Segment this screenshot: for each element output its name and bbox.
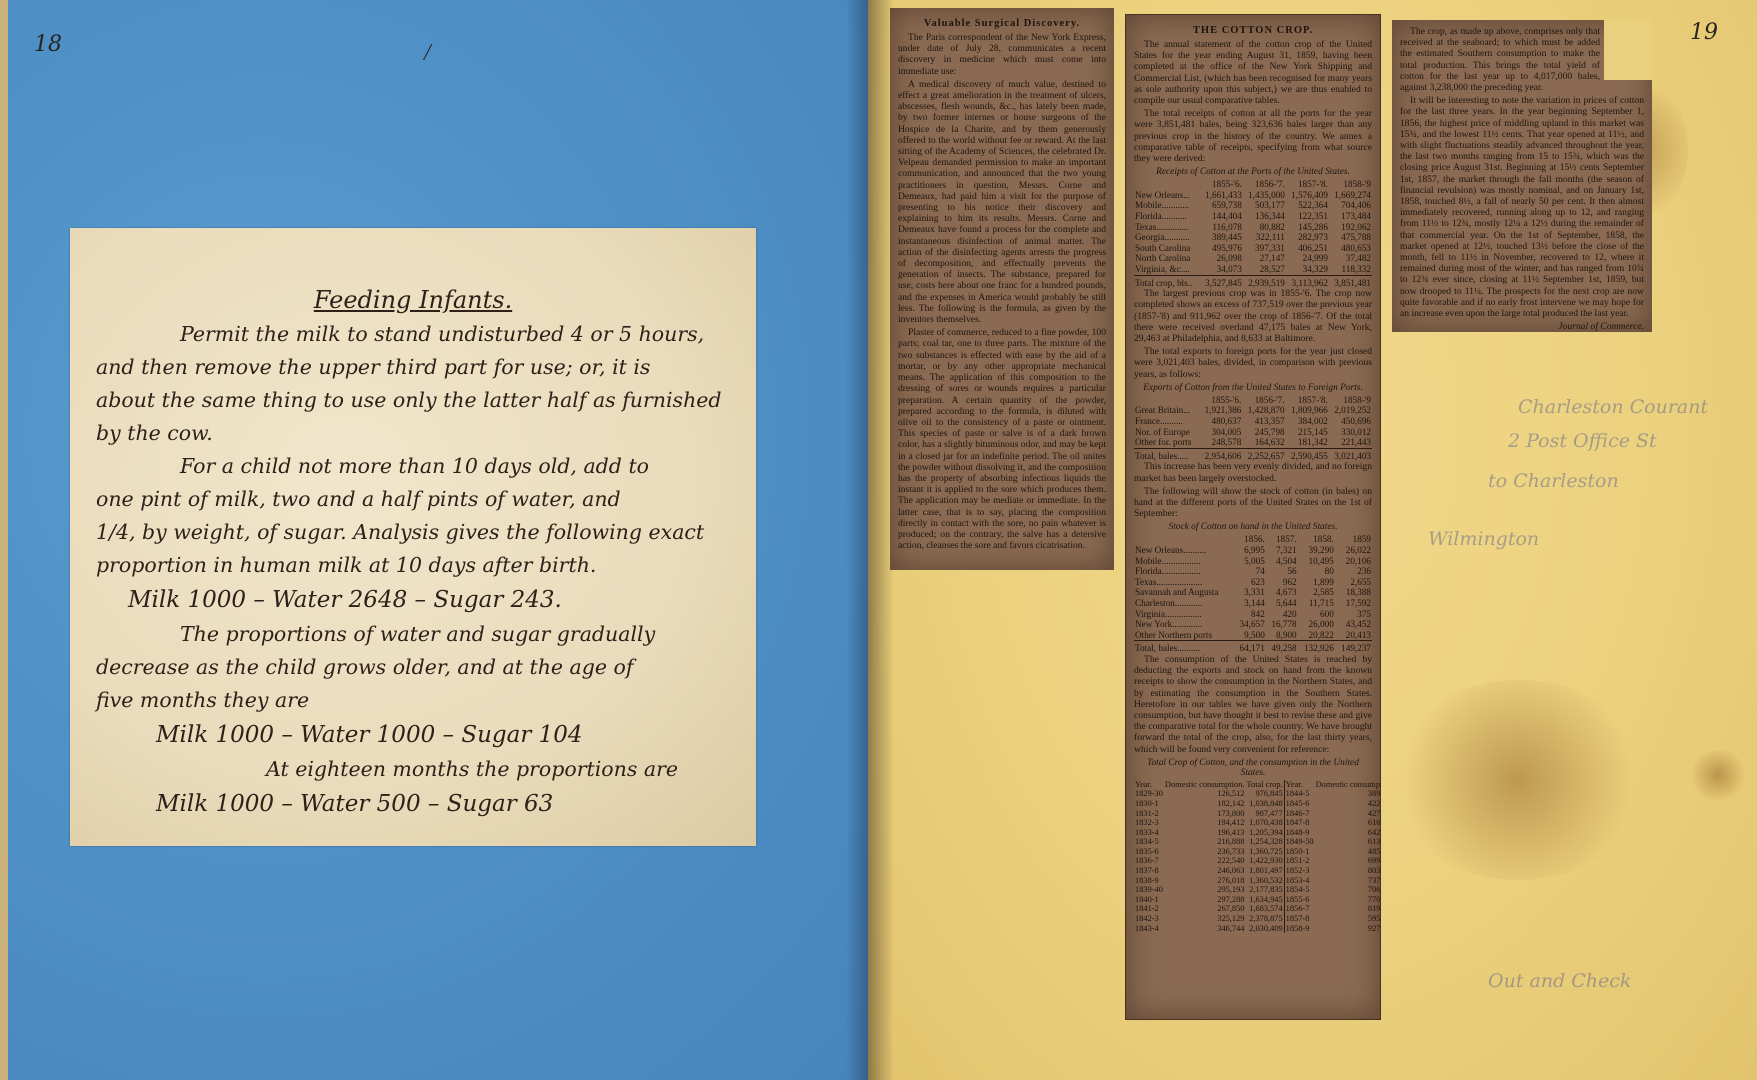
cell: 595,562 <box>1315 914 1381 924</box>
cell: 2,030,409 <box>1245 924 1284 934</box>
pencil-note: to Charleston <box>1488 470 1619 492</box>
cell: New Orleans... <box>1134 190 1200 201</box>
cell: 1847-8 <box>1284 818 1314 828</box>
note-line: one pint of milk, two and a half pints o… <box>96 483 730 516</box>
table-row: 1838-9276,0181,360,5321853-4737,2362,930… <box>1134 876 1381 886</box>
cell: 1,254,328 <box>1245 837 1284 847</box>
clipping-cotton-crop: THE COTTON CROP. The annual statement of… <box>1125 14 1381 1020</box>
cell: 1846-7 <box>1284 809 1314 819</box>
cell: 475,788 <box>1329 232 1372 243</box>
table-row: New Orleans...1,661,4331,435,0001,576,40… <box>1134 190 1372 201</box>
note-line: and then remove the upper third part for… <box>96 351 730 384</box>
cell: 495,976 <box>1200 243 1243 254</box>
cell: 2,939,519 <box>1243 275 1286 288</box>
cell: 976,845 <box>1245 789 1284 799</box>
cell: 1836-7 <box>1134 856 1164 866</box>
cell: 2,019,252 <box>1329 405 1372 416</box>
cell: 34,657 <box>1234 619 1266 630</box>
table-header <box>1134 534 1234 545</box>
clipping-surgical-discovery: Valuable Surgical Discovery. The Paris c… <box>890 8 1114 570</box>
cell: 145,286 <box>1286 222 1329 233</box>
table-row: Savannah and Augusta3,3314,6732,58518,38… <box>1134 587 1372 598</box>
table-total-row: Total, bales.....2,954,6062,252,6572,590… <box>1134 448 1372 461</box>
table-row: Georgia...........389,445322,111282,9734… <box>1134 232 1372 243</box>
cell: 450,696 <box>1329 416 1372 427</box>
table-header: 1855-'6. <box>1200 179 1243 190</box>
cell: 5,644 <box>1266 598 1298 609</box>
cell: 8,900 <box>1266 630 1298 641</box>
cell: 74 <box>1234 566 1266 577</box>
table-row: Charleston............3,1445,64411,71517… <box>1134 598 1372 609</box>
cell: 2,585 <box>1298 587 1335 598</box>
clipping-paragraph: A medical discovery of much value, desti… <box>898 79 1106 325</box>
cell: 1830-1 <box>1134 799 1164 809</box>
cell: 480,637 <box>1199 416 1242 427</box>
table-row: Florida...........144,404136,344122,3511… <box>1134 211 1372 222</box>
cell: Other for. ports <box>1134 437 1199 448</box>
page-number-right: 19 <box>1690 20 1718 45</box>
cell: France.......... <box>1134 416 1199 427</box>
table-header: 1856-'7. <box>1242 395 1285 406</box>
table-row: 1831-2173,800987,4771846-7427,9671,778,6… <box>1134 809 1381 819</box>
cell: 132,926 <box>1298 641 1335 654</box>
cell: 1,422,930 <box>1245 856 1284 866</box>
note-line: proportion in human milk at 10 days afte… <box>96 549 730 582</box>
clipping-paragraph: The annual statement of the cotton crop … <box>1134 39 1372 106</box>
table-row: 1842-3325,1292,378,8751857-8595,5623,113… <box>1134 914 1381 924</box>
cell: 37,482 <box>1329 253 1372 264</box>
cell: 4,504 <box>1266 556 1298 567</box>
cell: 49,258 <box>1266 641 1298 654</box>
cell: 1858-9 <box>1284 924 1314 934</box>
table-row: Mobile............659,738503,177522,3647… <box>1134 200 1372 211</box>
cell: 1851-2 <box>1284 856 1314 866</box>
cell: 522,364 <box>1286 200 1329 211</box>
cell: 80,882 <box>1243 222 1286 233</box>
cell: 5,005 <box>1234 556 1266 567</box>
note-line: decrease as the child grows older, and a… <box>96 651 730 684</box>
cell: 1850-1 <box>1284 847 1314 857</box>
cell: 1854-5 <box>1284 885 1314 895</box>
table-header: 1858-'9 <box>1329 179 1372 190</box>
cell: 699,603 <box>1315 856 1381 866</box>
table-caption: Exports of Cotton from the United States… <box>1134 383 1372 393</box>
cell: 56 <box>1266 566 1298 577</box>
note-line: At eighteen months the proportions are <box>96 753 730 786</box>
cell: 616,044 <box>1315 818 1381 828</box>
pencil-note: Wilmington <box>1428 528 1539 550</box>
cell: North Carolina <box>1134 253 1200 264</box>
cell: 397,331 <box>1243 243 1286 254</box>
cell: 1,899 <box>1298 577 1335 588</box>
cell: 295,193 <box>1164 885 1246 895</box>
cell: 173,484 <box>1329 211 1372 222</box>
cell: 245,798 <box>1242 427 1285 438</box>
table-row: Nor. of Europe304,005245,798215,145330,0… <box>1134 427 1372 438</box>
table-header: Domestic consumption. <box>1164 780 1246 790</box>
table-caption: Total Crop of Cotton, and the consumptio… <box>1134 758 1372 778</box>
cell: Great Britain... <box>1134 405 1199 416</box>
cell: 1855-6 <box>1284 895 1314 905</box>
note-line: Permit the milk to stand undisturbed 4 o… <box>96 318 730 351</box>
cell: 1,070,438 <box>1245 818 1284 828</box>
clipping-paragraph: The total exports to foreign ports for t… <box>1134 346 1372 380</box>
note-line: by the cow. <box>96 417 730 450</box>
cell: 1834-5 <box>1134 837 1164 847</box>
cell: 194,412 <box>1164 818 1246 828</box>
cell: 770,739 <box>1315 895 1381 905</box>
cell: 1,801,497 <box>1245 866 1284 876</box>
cell: 1840-1 <box>1134 895 1164 905</box>
cell: 384,002 <box>1286 416 1329 427</box>
note-title: Feeding Infants. <box>96 286 730 314</box>
cell: 2,954,606 <box>1199 448 1242 461</box>
table-header-row: 1856. 1857. 1858. 1859 <box>1134 534 1372 545</box>
cell: 1848-9 <box>1284 828 1314 838</box>
cell: 282,973 <box>1286 232 1329 243</box>
table-header: 1856. <box>1234 534 1266 545</box>
cell: 1842-3 <box>1134 914 1164 924</box>
cell: 842 <box>1234 609 1266 620</box>
cell: 1845-6 <box>1284 799 1314 809</box>
cell: Texas.................... <box>1134 577 1234 588</box>
cell: Virginia................ <box>1134 609 1234 620</box>
cell: 248,578 <box>1199 437 1242 448</box>
cell: 480,653 <box>1329 243 1372 254</box>
table-row: South Carolina495,976397,331406,251480,6… <box>1134 243 1372 254</box>
table-header: 1858-'9 <box>1329 395 1372 406</box>
table-row: New Orleans..........6,9957,32139,29026,… <box>1134 545 1372 556</box>
cell: New York............. <box>1134 619 1234 630</box>
cell: 3,331 <box>1234 587 1266 598</box>
table-row: 1841-2267,8501,683,5741856-7819,9362,939… <box>1134 904 1381 914</box>
page-number-left: 18 <box>34 32 62 57</box>
cell: 375 <box>1335 609 1372 620</box>
cell: New Orleans.......... <box>1134 545 1234 556</box>
history-table: Year. Domestic consumption. Total crop. … <box>1134 780 1381 934</box>
clipping-paragraph: It will be interesting to note the varia… <box>1400 95 1644 319</box>
cell: 276,018 <box>1164 876 1246 886</box>
pencil-mark: / <box>424 40 431 67</box>
table-row: 1837-8246,0631,801,4971852-3803,7253,262… <box>1134 866 1381 876</box>
cell: 600 <box>1298 609 1335 620</box>
cell: 1,428,870 <box>1242 405 1285 416</box>
table-header-row: 1855-'6. 1856-'7. 1857-'8. 1858-'9 <box>1134 395 1372 406</box>
cell: 1833-4 <box>1134 828 1164 838</box>
table-header: 1859 <box>1335 534 1372 545</box>
cell: 28,527 <box>1243 264 1286 275</box>
table-header: 1857. <box>1266 534 1298 545</box>
cell: 427,967 <box>1315 809 1381 819</box>
note-line: 1/4, by weight, of sugar. Analysis gives… <box>96 516 730 549</box>
water-stain <box>1688 750 1748 800</box>
cell: 182,142 <box>1164 799 1246 809</box>
table-row: 1832-3194,4121,070,4381847-8616,0442,347… <box>1134 818 1381 828</box>
cell: 420 <box>1266 609 1298 620</box>
cell: 144,404 <box>1200 211 1243 222</box>
table-row: Texas....................6239621,8992,65… <box>1134 577 1372 588</box>
clipping-signature: Journal of Commerce. <box>1400 321 1644 332</box>
note-line: five months they are <box>96 684 730 717</box>
cell: 485,614 <box>1315 847 1381 857</box>
cell: 236,733 <box>1164 847 1246 857</box>
cell: 64,171 <box>1234 641 1266 654</box>
cell: 623 <box>1234 577 1266 588</box>
cell: 322,111 <box>1243 232 1286 243</box>
cell: 11,715 <box>1298 598 1335 609</box>
cell: 406,251 <box>1286 243 1329 254</box>
note-line: For a child not more than 10 days old, a… <box>96 450 730 483</box>
table-row: Great Britain...1,921,3861,428,8701,809,… <box>1134 405 1372 416</box>
cell: 43,452 <box>1335 619 1372 630</box>
cell: Other Northern ports <box>1134 630 1234 641</box>
cell: 10,495 <box>1298 556 1335 567</box>
cell: 196,413 <box>1164 828 1246 838</box>
left-page: 18 / Feeding Infants. Permit the milk to… <box>0 0 868 1080</box>
cell: 1838-9 <box>1134 876 1164 886</box>
cell: 1857-8 <box>1284 914 1314 924</box>
clipping-paragraph: The following will show the stock of cot… <box>1134 486 1372 520</box>
cell: 7,321 <box>1266 545 1298 556</box>
cell: 34,073 <box>1200 264 1243 275</box>
table-row: France..........480,637413,357384,002450… <box>1134 416 1372 427</box>
cell: 3,021,403 <box>1329 448 1372 461</box>
clipping-paragraph: The consumption of the United States is … <box>1134 654 1372 755</box>
cell: 1832-3 <box>1134 818 1164 828</box>
table-header <box>1134 179 1200 190</box>
cell: 1,921,386 <box>1199 405 1242 416</box>
cell: 3,144 <box>1234 598 1266 609</box>
table-row: 1835-6236,7331,360,7251850-1485,6142,355… <box>1134 847 1381 857</box>
cell: 192,062 <box>1329 222 1372 233</box>
cell: 149,237 <box>1335 641 1372 654</box>
cell: 297,288 <box>1164 895 1246 905</box>
table-header: 1857-'8. <box>1286 395 1329 406</box>
cell: 173,800 <box>1164 809 1246 819</box>
table-header: Total crop. <box>1245 780 1284 790</box>
cell: 26,022 <box>1335 545 1372 556</box>
cell: 34,329 <box>1286 264 1329 275</box>
cell: 1,360,532 <box>1245 876 1284 886</box>
cell: 126,512 <box>1164 789 1246 799</box>
cell: 1849-50 <box>1284 837 1314 847</box>
cell: 118,332 <box>1329 264 1372 275</box>
cell: 20,822 <box>1298 630 1335 641</box>
cell: 1844-5 <box>1284 789 1314 799</box>
cell: 737,236 <box>1315 876 1381 886</box>
clipping-title: THE COTTON CROP. <box>1134 25 1372 36</box>
cell: 1,683,574 <box>1245 904 1284 914</box>
cell: 2,252,657 <box>1242 448 1285 461</box>
cell: 389,006 <box>1315 789 1381 799</box>
cell: 1856-7 <box>1284 904 1314 914</box>
cell: Georgia........... <box>1134 232 1200 243</box>
table-header-row: 1855-'6. 1856-'7. 1857-'8. 1858-'9 <box>1134 179 1372 190</box>
cell: Savannah and Augusta <box>1134 587 1234 598</box>
cell: 413,357 <box>1242 416 1285 427</box>
cell: Virginia, &c.... <box>1134 264 1200 275</box>
cell: 642,485 <box>1315 828 1381 838</box>
cell: 330,012 <box>1329 427 1372 438</box>
table-caption: Receipts of Cotton at the Ports of the U… <box>1134 167 1372 177</box>
cell: 1,634,945 <box>1245 895 1284 905</box>
exports-table: 1855-'6. 1856-'7. 1857-'8. 1858-'9 Great… <box>1134 395 1372 462</box>
clipping-paragraph: The largest previous crop was in 1855-'6… <box>1134 288 1372 344</box>
cell: 706,412 <box>1315 885 1381 895</box>
cell: 1839-40 <box>1134 885 1164 895</box>
note-line: about the same thing to use only the lat… <box>96 384 730 417</box>
table-total-row: Total, bales..........64,17149,258132,92… <box>1134 641 1372 654</box>
scrapbook-spread: 18 / Feeding Infants. Permit the milk to… <box>0 0 1757 1080</box>
cell: 24,999 <box>1286 253 1329 264</box>
clipping-paragraph: Plaster of commerce, reduced to a fine p… <box>898 327 1106 551</box>
table-row: Virginia, &c....34,07328,52734,329118,33… <box>1134 264 1372 275</box>
cell: 503,177 <box>1243 200 1286 211</box>
table-header: 1856-'7. <box>1243 179 1286 190</box>
cell: 1835-6 <box>1134 847 1164 857</box>
cell: 4,673 <box>1266 587 1298 598</box>
cell: 927,651 <box>1315 924 1381 934</box>
cell: South Carolina <box>1134 243 1200 254</box>
folded-corner <box>1604 20 1652 80</box>
cell: 221,443 <box>1329 437 1372 448</box>
receipts-table: 1855-'6. 1856-'7. 1857-'8. 1858-'9 New O… <box>1134 179 1372 288</box>
cell: 136,344 <box>1243 211 1286 222</box>
table-row: 1836-7222,5401,422,9301851-2699,6033,015… <box>1134 856 1381 866</box>
pencil-note: 2 Post Office St <box>1508 430 1657 452</box>
clipping-paragraph: The Paris correspondent of the New York … <box>898 32 1106 77</box>
cell: 26,000 <box>1298 619 1335 630</box>
cell: 267,850 <box>1164 904 1246 914</box>
cell: 2,655 <box>1335 577 1372 588</box>
cell: 80 <box>1298 566 1335 577</box>
table-row: North Carolina26,09827,14724,99937,482 <box>1134 253 1372 264</box>
table-header-row: Year. Domestic consumption. Total crop. … <box>1134 780 1381 790</box>
table-row: Virginia................842420600375 <box>1134 609 1372 620</box>
table-header <box>1134 395 1199 406</box>
cell: 325,129 <box>1164 914 1246 924</box>
handwritten-note: Feeding Infants. Permit the milk to stan… <box>70 228 756 846</box>
table-row: 1840-1297,2881,634,9451855-6770,7393,527… <box>1134 895 1381 905</box>
cell: 20,106 <box>1335 556 1372 567</box>
cell: Total crop, bls.. <box>1134 275 1200 288</box>
cell: 1841-2 <box>1134 904 1164 914</box>
note-line: The proportions of water and sugar gradu… <box>96 618 730 651</box>
cell: 9,500 <box>1234 630 1266 641</box>
cell: 1829-30 <box>1134 789 1164 799</box>
cell: Total, bales..... <box>1134 448 1199 461</box>
clipping-cotton-prices: The crop, as made up above, comprises on… <box>1392 20 1652 332</box>
cell: 2,378,875 <box>1245 914 1284 924</box>
cell: Nor. of Europe <box>1134 427 1199 438</box>
table-row: Other Northern ports9,5008,90020,82220,4… <box>1134 630 1372 641</box>
table-row: 1833-4196,4131,205,3941848-9642,4852,728… <box>1134 828 1381 838</box>
cell: 215,145 <box>1286 427 1329 438</box>
cell: Texas.............. <box>1134 222 1200 233</box>
table-header: Domestic consumption. <box>1315 780 1381 790</box>
table-caption: Stock of Cotton on hand in the United St… <box>1134 522 1372 532</box>
clipping-paragraph: The total receipts of cotton at all the … <box>1134 108 1372 164</box>
cell: 236 <box>1335 566 1372 577</box>
cell: 39,290 <box>1298 545 1335 556</box>
cell: Florida................. <box>1134 566 1234 577</box>
cell: 246,063 <box>1164 866 1246 876</box>
cell: 422,597 <box>1315 799 1381 809</box>
cell: 987,477 <box>1245 809 1284 819</box>
note-formula: Milk 1000 – Water 1000 – Sugar 104 <box>96 717 730 753</box>
cell: 3,851,481 <box>1329 275 1372 288</box>
cell: 181,342 <box>1286 437 1329 448</box>
cell: Florida........... <box>1134 211 1200 222</box>
cell: 659,738 <box>1200 200 1243 211</box>
table-row: 1830-1182,1421,038,8481845-6422,5972,100… <box>1134 799 1381 809</box>
note-formula: Milk 1000 – Water 500 – Sugar 63 <box>96 786 730 822</box>
cell: 704,406 <box>1329 200 1372 211</box>
cell: 1853-4 <box>1284 876 1314 886</box>
table-header: Year. <box>1284 780 1314 790</box>
water-stain <box>1388 680 1648 880</box>
cell: 3,113,962 <box>1286 275 1329 288</box>
cell: 17,592 <box>1335 598 1372 609</box>
cell: 803,725 <box>1315 866 1381 876</box>
table-row: Mobile.................5,0054,50410,4952… <box>1134 556 1372 567</box>
table-header: 1857-'8. <box>1286 179 1329 190</box>
cell: 1,205,394 <box>1245 828 1284 838</box>
cell: 27,147 <box>1243 253 1286 264</box>
cell: 18,388 <box>1335 587 1372 598</box>
cell: 389,445 <box>1200 232 1243 243</box>
cell: 3,527,845 <box>1200 275 1243 288</box>
cell: 1837-8 <box>1134 866 1164 876</box>
cell: 1,576,409 <box>1286 190 1329 201</box>
cell: Charleston............ <box>1134 598 1234 609</box>
cell: 1843-4 <box>1134 924 1164 934</box>
cell: 1,661,433 <box>1200 190 1243 201</box>
table-row: Florida.................745680236 <box>1134 566 1372 577</box>
table-row: Texas..............116,07880,882145,2861… <box>1134 222 1372 233</box>
stock-table: 1856. 1857. 1858. 1859 New Orleans......… <box>1134 534 1372 654</box>
cell: Mobile................. <box>1134 556 1234 567</box>
cell: 2,590,455 <box>1286 448 1329 461</box>
table-total-row: Total crop, bls..3,527,8452,939,5193,113… <box>1134 275 1372 288</box>
pencil-note: Out and Check <box>1488 970 1631 992</box>
cell: 1,038,848 <box>1245 799 1284 809</box>
table-row: 1834-5216,8881,254,3281849-50613,4982,09… <box>1134 837 1381 847</box>
table-row: 1839-40295,1932,177,8351854-5706,4122,84… <box>1134 885 1381 895</box>
table-row: Other for. ports248,578164,632181,342221… <box>1134 437 1372 448</box>
cell: 20,413 <box>1335 630 1372 641</box>
cell: 26,098 <box>1200 253 1243 264</box>
cell: 222,540 <box>1164 856 1246 866</box>
cell: 216,888 <box>1164 837 1246 847</box>
clipping-title: Valuable Surgical Discovery. <box>898 18 1106 29</box>
cell: 2,177,835 <box>1245 885 1284 895</box>
pencil-note: Charleston Courant <box>1518 396 1708 418</box>
table-header: Year. <box>1134 780 1164 790</box>
cell: 962 <box>1266 577 1298 588</box>
cell: 819,936 <box>1315 904 1381 914</box>
cell: 1831-2 <box>1134 809 1164 819</box>
clipping-paragraph: This increase has been very evenly divid… <box>1134 461 1372 483</box>
cell: 6,995 <box>1234 545 1266 556</box>
cell: 1852-3 <box>1284 866 1314 876</box>
cell: 1,669,274 <box>1329 190 1372 201</box>
table-header: 1858. <box>1298 534 1335 545</box>
cell: 116,078 <box>1200 222 1243 233</box>
cell: 613,498 <box>1315 837 1381 847</box>
cell: Total, bales.......... <box>1134 641 1234 654</box>
note-formula: Milk 1000 – Water 2648 – Sugar 243. <box>96 582 730 618</box>
